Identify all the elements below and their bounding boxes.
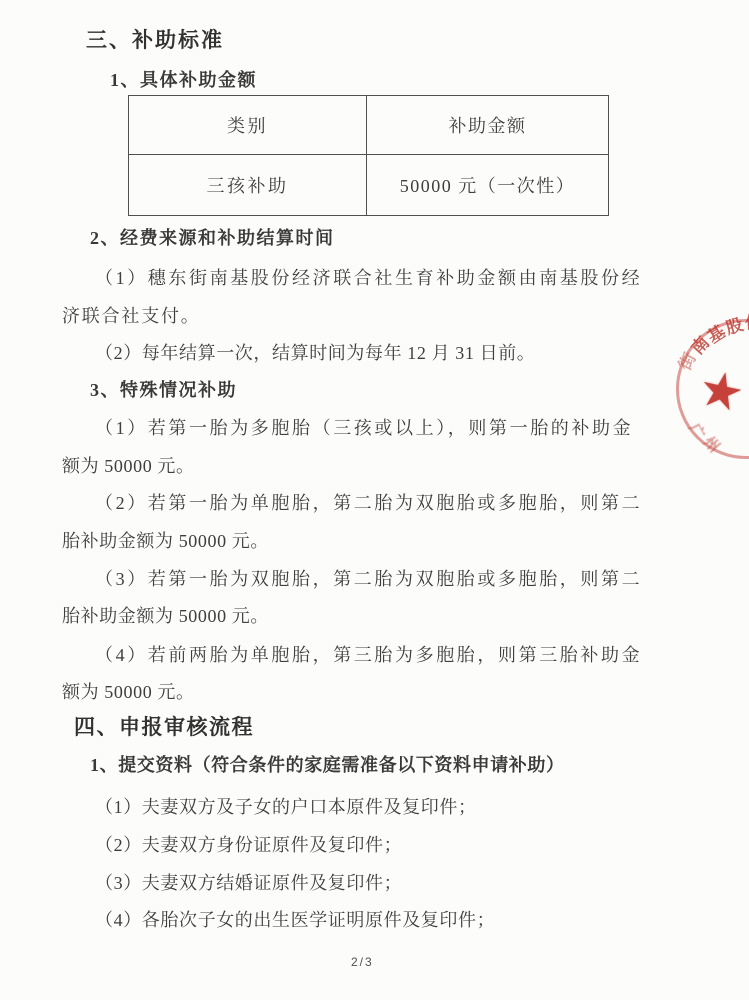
paragraph-line: 济联合社支付。: [62, 307, 201, 325]
section4-item1-title: 1、提交资料（符合条件的家庭需准备以下资料申请补助）: [90, 756, 565, 774]
paragraph-line: 额为 50000 元。: [62, 457, 195, 475]
seal-bottom-char: 广: [686, 421, 706, 441]
star-icon: ★: [694, 362, 748, 420]
seal-arc-char: 街: [676, 350, 699, 373]
table-header-category: 类别: [129, 96, 367, 154]
section3-item1-title: 1、具体补助金额: [110, 71, 257, 89]
material-item: （4）各胎次子女的出生医学证明原件及复印件；: [95, 911, 495, 929]
paragraph-line: （4）若前两胎为单胞胎，第三胎为多胞胎，则第三胎补助金: [95, 646, 642, 664]
section3-heading: 三、补助标准: [86, 30, 224, 51]
paragraph-line: （2）若第一胎为单胞胎，第二胎为双胞胎或多胞胎，则第二: [95, 494, 642, 512]
paragraph-line: （1）穗东街南基股份经济联合社生育补助金额由南基股份经: [95, 269, 642, 287]
table-cell-amount: 50000 元（一次性）: [367, 155, 608, 215]
paragraph-line: 胎补助金额为 50000 元。: [62, 532, 269, 550]
page-number: 2/3: [351, 955, 374, 969]
paragraph-line: （1）若第一胎为多胞胎（三孩或以上），则第一胎的补助金: [95, 419, 633, 437]
paragraph-line: 额为 50000 元。: [62, 683, 195, 701]
section3-item2-title: 2、经费来源和补助结算时间: [90, 229, 335, 247]
table-row: 三孩补助 50000 元（一次性）: [129, 154, 608, 215]
seal-arc-char: 股: [724, 316, 745, 337]
subsidy-table: 类别 补助金额 三孩补助 50000 元（一次性）: [128, 95, 609, 216]
official-seal: ★ 街 南 基 股 份 广 州: [676, 319, 749, 459]
section4-heading: 四、申报审核流程: [74, 717, 254, 738]
seal-arc-char: 份: [745, 314, 749, 332]
seal-bottom-char: 州: [701, 434, 722, 455]
table-header-amount: 补助金额: [367, 96, 608, 154]
material-item: （1）夫妻双方及子女的户口本原件及复印件；: [95, 798, 477, 816]
paragraph-line: （2）每年结算一次，结算时间为每年 12 月 31 日前。: [95, 344, 535, 362]
paragraph-line: 胎补助金额为 50000 元。: [62, 607, 269, 625]
material-item: （2）夫妻双方身份证原件及复印件；: [95, 836, 402, 854]
document-page: 三、补助标准 1、具体补助金额 类别 补助金额 三孩补助 50000 元（一次性…: [0, 0, 749, 1000]
material-item: （3）夫妻双方结婚证原件及复印件；: [95, 874, 402, 892]
table-header-row: 类别 补助金额: [129, 96, 608, 154]
table-cell-category: 三孩补助: [129, 155, 367, 215]
paragraph-line: （3）若第一胎为双胞胎，第二胎为双胞胎或多胞胎，则第二: [95, 570, 642, 588]
section3-item3-title: 3、特殊情况补助: [90, 381, 237, 399]
